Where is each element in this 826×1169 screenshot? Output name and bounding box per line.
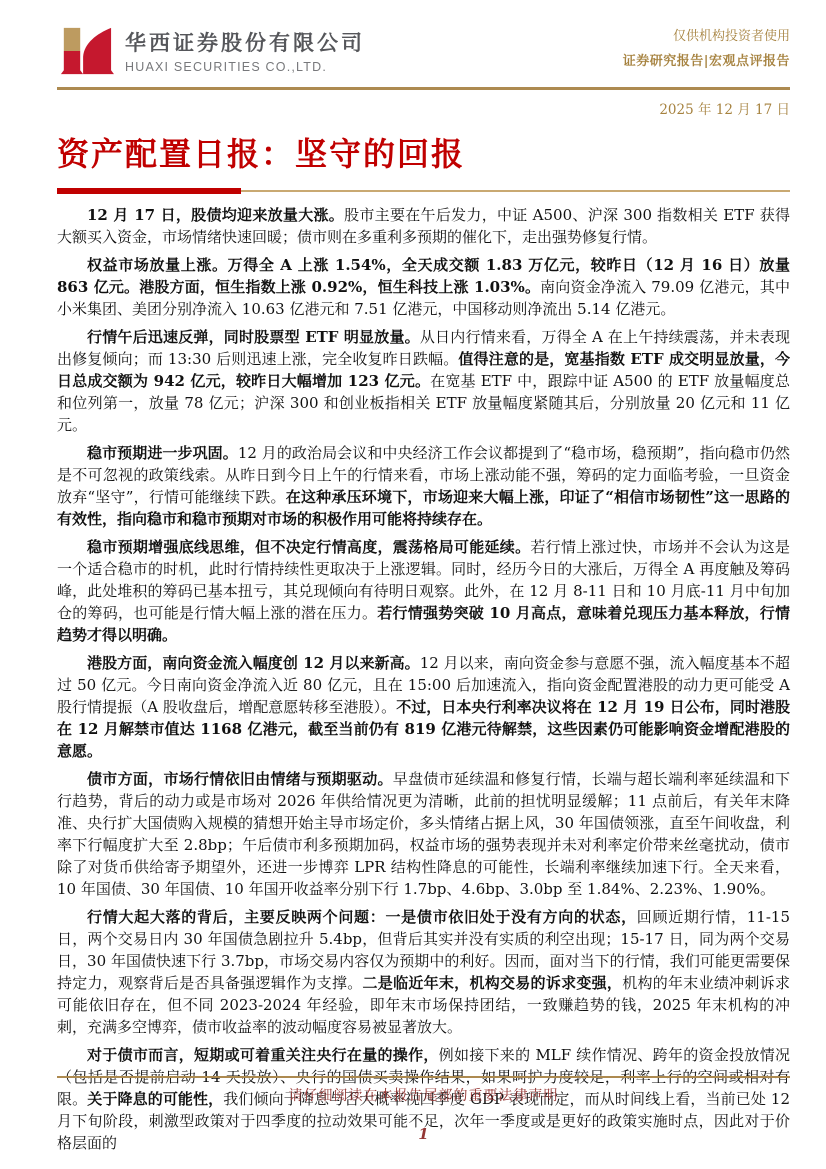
paragraph-8: 行情大起大落的背后，主要反映两个问题：一是债市依旧处于没有方向的状态，回顾近期行… — [57, 906, 790, 1038]
header-meta: 仅供机构投资者使用 证券研究报告|宏观点评报告 — [623, 24, 790, 68]
brand-block: 华西证券股份有限公司 HUAXI SECURITIES CO.,LTD. — [57, 24, 365, 78]
bold-run: 稳市预期增强底线思维，但不决定行情高度，震荡格局可能延续。 — [87, 538, 530, 556]
paragraph-3: 行情午后迅速反弹，同时股票型 ETF 明显放量。从日内行情来看，万得全 A 在上… — [57, 326, 790, 436]
bold-run: 债市方面，市场行情依旧由情绪与预期驱动。 — [87, 770, 393, 788]
divider-red-bar — [57, 188, 241, 194]
huaxi-logo-icon — [57, 24, 115, 78]
footer-rule — [57, 1076, 790, 1078]
paragraph-7: 债市方面，市场行情依旧由情绪与预期驱动。早盘债市延续温和修复行情，长端与超长端利… — [57, 768, 790, 900]
company-name-en: HUAXI SECURITIES CO.,LTD. — [125, 60, 365, 74]
paragraph-2: 权益市场放量上涨。万得全 A 上涨 1.54%，全天成交额 1.83 万亿元，较… — [57, 254, 790, 320]
bold-run: 对于债市而言，短期或可着重关注央行在量的操作， — [87, 1046, 439, 1064]
paragraph-4: 稳市预期进一步巩固。12 月的政治局会议和中央经济工作会议都提到了“稳市场，稳预… — [57, 442, 790, 530]
bold-run: 港股方面，南向资金流入幅度创 12 月以来新高。 — [87, 654, 420, 672]
company-name-cn: 华西证券股份有限公司 — [125, 27, 365, 57]
report-footer: 请仔细阅读在本报告尾部的重要法律声明 1 — [57, 1076, 790, 1143]
bold-run: 稳市预期进一步巩固。 — [87, 444, 238, 462]
bold-run: 行情午后迅速反弹，同时股票型 ETF 明显放量。 — [87, 328, 420, 346]
divider-gold-bar — [241, 190, 790, 192]
paragraph-1: 12 月 17 日，股债均迎来放量大涨。股市主要在午后发力，中证 A500、沪深… — [57, 204, 790, 248]
audience-note: 仅供机构投资者使用 — [623, 30, 790, 43]
report-category: 证券研究报告|宏观点评报告 — [623, 55, 790, 68]
report-title: 资产配置日报：坚守的回报 — [57, 134, 790, 176]
bold-run: 二是临近年末，机构交易的诉求变强， — [363, 974, 623, 992]
bold-run: 12 月 17 日，股债均迎来放量大涨。 — [87, 206, 344, 224]
paragraph-5: 稳市预期增强底线思维，但不决定行情高度，震荡格局可能延续。若行情上涨过快，市场并… — [57, 536, 790, 646]
report-page: 华西证券股份有限公司 HUAXI SECURITIES CO.,LTD. 仅供机… — [0, 0, 826, 1169]
header-rule — [57, 87, 790, 90]
report-header: 华西证券股份有限公司 HUAXI SECURITIES CO.,LTD. 仅供机… — [57, 24, 790, 78]
legal-notice: 请仔细阅读在本报告尾部的重要法律声明 — [57, 1085, 790, 1105]
brand-names: 华西证券股份有限公司 HUAXI SECURITIES CO.,LTD. — [125, 24, 365, 74]
title-divider — [57, 188, 790, 194]
report-date: 2025 年 12 月 17 日 — [57, 98, 790, 118]
text-run: 早盘债市延续温和修复行情，长端与超长端利率延续温和下行趋势，背后的动力或是市场对… — [57, 770, 790, 898]
paragraph-6: 港股方面，南向资金流入幅度创 12 月以来新高。12 月以来，南向资金参与意愿不… — [57, 652, 790, 762]
bold-run: 行情大起大落的背后，主要反映两个问题：一是债市依旧处于没有方向的状态， — [87, 908, 637, 926]
report-body: 12 月 17 日，股债均迎来放量大涨。股市主要在午后发力，中证 A500、沪深… — [57, 204, 790, 1154]
page-number: 1 — [57, 1125, 790, 1143]
